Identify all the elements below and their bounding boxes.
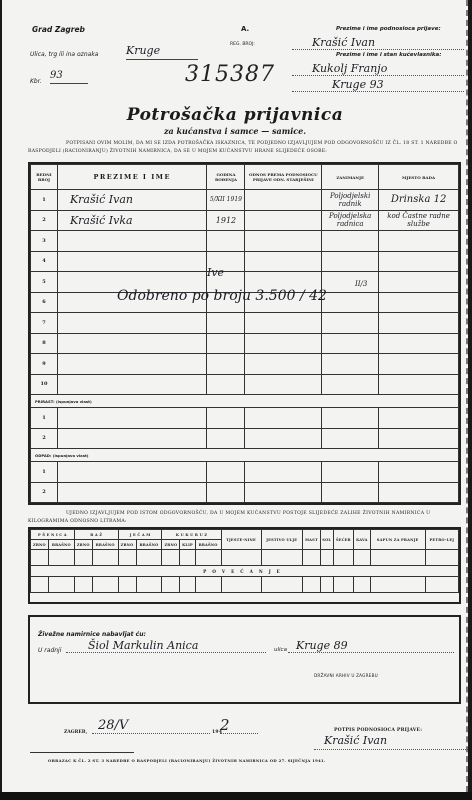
- relation-cell[interactable]: [245, 482, 322, 503]
- workplace-cell[interactable]: kod Častne radne službe: [379, 210, 459, 231]
- stock-cell[interactable]: [136, 577, 162, 593]
- group-barley: J E Č A M: [118, 530, 162, 540]
- year-cell[interactable]: [207, 408, 245, 429]
- table-row: 1 Krašić Ivan 5/XII 1919 Poljodjelski ra…: [31, 190, 459, 211]
- occupation-cell[interactable]: [322, 333, 379, 354]
- table-row: 3: [31, 231, 459, 252]
- table-row: 1: [31, 408, 459, 429]
- scan-border: [0, 792, 472, 800]
- stock-cell[interactable]: [180, 577, 195, 593]
- workplace-cell[interactable]: [379, 462, 459, 483]
- year-cell[interactable]: [207, 374, 245, 395]
- occupation-cell[interactable]: [322, 482, 379, 503]
- row-number: 9: [31, 354, 58, 375]
- year-cell[interactable]: [207, 354, 245, 375]
- table-row: 10: [31, 374, 459, 395]
- stock-cell[interactable]: [320, 577, 333, 593]
- table-row: 9: [31, 354, 459, 375]
- year-cell[interactable]: [207, 462, 245, 483]
- table-header-row: REDNI BROJ PREZIME I IME GODINA ROĐENJA …: [31, 165, 459, 190]
- sub-grain: ZRNO: [162, 540, 180, 550]
- col-header-no: REDNI BROJ: [31, 165, 58, 190]
- relation-cell[interactable]: [245, 408, 322, 429]
- landlord-address-field[interactable]: Kruge 93: [292, 78, 464, 92]
- relation-cell[interactable]: [245, 210, 322, 231]
- name-cell[interactable]: [57, 374, 207, 395]
- col-header-relation: ODNOS PREMA PODNOSIOCU PRIJAVE ODN. STAR…: [245, 165, 322, 190]
- row-number: 10: [31, 374, 58, 395]
- applicant-label: Prezime i ime podnosioca prijave:: [336, 26, 441, 32]
- applicant-field[interactable]: Krašić Ivan: [292, 36, 464, 50]
- name-cell[interactable]: [57, 251, 207, 272]
- name-cell[interactable]: [57, 313, 207, 334]
- shop-label: U radnji: [38, 647, 61, 654]
- stock-cell[interactable]: [425, 550, 458, 566]
- relation-cell[interactable]: [245, 374, 322, 395]
- form-reference-note: OBRAZAC K ČL. 2 ST. 3 NAREDBE O RASPODJE…: [48, 758, 326, 763]
- decrease-section-row: ODPAD: (ispunjava vlast): [31, 449, 459, 462]
- stock-cell[interactable]: [48, 577, 74, 593]
- sub-flour: BRAŠNO: [195, 540, 221, 550]
- name-cell[interactable]: [57, 482, 207, 503]
- stock-cell[interactable]: [261, 577, 302, 593]
- workplace-cell[interactable]: [379, 292, 459, 313]
- stock-cell[interactable]: [425, 577, 458, 593]
- year-cell[interactable]: [207, 231, 245, 252]
- workplace-cell[interactable]: [379, 272, 459, 293]
- table-row: 1: [31, 462, 459, 483]
- col-oil: JESTIVO ULJE: [261, 530, 302, 550]
- row-number: 3: [31, 231, 58, 252]
- row-number: 4: [31, 251, 58, 272]
- stock-table: P Š E N I C A R A Ž J E Č A M K U K U R …: [28, 527, 461, 604]
- workplace-cell[interactable]: [379, 408, 459, 429]
- landlord-name-field[interactable]: Kukolj Franjo: [292, 62, 464, 76]
- row-number: 1: [31, 462, 58, 483]
- workplace-cell[interactable]: [379, 428, 459, 449]
- name-cell[interactable]: [57, 428, 207, 449]
- signature-field[interactable]: Krašić Ivan: [314, 734, 468, 750]
- stock-cell[interactable]: [162, 550, 180, 566]
- year-field[interactable]: 2: [220, 716, 258, 734]
- supply-label: Živežne namirnice nabavljat ću:: [38, 631, 146, 638]
- occupation-cell[interactable]: [322, 428, 379, 449]
- row-number: 2: [31, 428, 58, 449]
- registration-number: 315387: [185, 62, 275, 87]
- stock-cell[interactable]: [180, 550, 195, 566]
- col-header-workplace: MJESTO RADA: [379, 165, 459, 190]
- table-row: 4: [31, 251, 459, 272]
- shop-street-label: ulica: [274, 647, 287, 653]
- table-row: 2 Krašić Ivka 1912 Poljodjelska radnica …: [31, 210, 459, 231]
- relation-cell[interactable]: [245, 313, 322, 334]
- row-number: 1: [31, 190, 58, 211]
- workplace-cell[interactable]: [379, 374, 459, 395]
- sub-grain: ZRNO: [31, 540, 49, 550]
- shop-field[interactable]: Šiol Markulin Anica: [66, 639, 266, 653]
- stock-cell[interactable]: [162, 577, 180, 593]
- stock-cell[interactable]: [31, 550, 49, 566]
- row-number: 7: [31, 313, 58, 334]
- name-cell[interactable]: [57, 462, 207, 483]
- declaration-text: POTPISANI OVIM MOLIM, DA MI SE IZDA POTR…: [28, 140, 458, 156]
- col-coffee: KAVA: [354, 530, 370, 550]
- name-cell[interactable]: Krašić Ivka: [57, 210, 207, 231]
- stock-cell[interactable]: [221, 577, 261, 593]
- relation-cell[interactable]: [245, 231, 322, 252]
- col-header-name: PREZIME I IME: [57, 165, 207, 190]
- sub-flour: BRAŠNO: [48, 540, 74, 550]
- supply-box: Živežne namirnice nabavljat ću: U radnji…: [28, 615, 461, 704]
- workplace-cell[interactable]: Drinska 12: [379, 190, 459, 211]
- stock-cell[interactable]: [195, 577, 221, 593]
- year-cell[interactable]: [207, 333, 245, 354]
- row-number: 1: [31, 408, 58, 429]
- workplace-cell[interactable]: [379, 333, 459, 354]
- group-wheat: P Š E N I C A: [31, 530, 75, 540]
- stock-cell[interactable]: [221, 550, 261, 566]
- street-field[interactable]: Kruge: [126, 44, 198, 60]
- name-cell[interactable]: Krašić Ivan: [57, 190, 207, 211]
- increase-section-row: PRIRAST: (ispunjava vlast): [31, 395, 459, 408]
- stock-cell[interactable]: [370, 550, 425, 566]
- approval-mark: Ive: [207, 266, 224, 279]
- year-cell[interactable]: 1912: [207, 210, 245, 231]
- stock-cell[interactable]: [195, 550, 221, 566]
- relation-cell[interactable]: [245, 428, 322, 449]
- sub-grain: ZRNO: [74, 540, 92, 550]
- signature-label: POTPIS PODNOSIOCA PRIJAVE:: [334, 728, 422, 733]
- shop-street-field[interactable]: Kruge 89: [288, 639, 454, 653]
- stock-cell[interactable]: [118, 550, 136, 566]
- relation-cell[interactable]: [245, 354, 322, 375]
- stock-cell[interactable]: [74, 550, 92, 566]
- footer-divider: [30, 752, 134, 753]
- workplace-cell[interactable]: [379, 231, 459, 252]
- form-title: Potrošačka prijavnica: [2, 105, 468, 125]
- stock-cell[interactable]: [333, 550, 354, 566]
- sub-flour: BRAŠNO: [136, 540, 162, 550]
- group-rye: R A Ž: [74, 530, 118, 540]
- stock-group-header-row: P Š E N I C A R A Ž J E Č A M K U K U R …: [31, 530, 459, 540]
- workplace-cell[interactable]: [379, 251, 459, 272]
- year-cell[interactable]: [207, 313, 245, 334]
- stock-cell[interactable]: [302, 550, 320, 566]
- approval-fraction: II/3: [355, 280, 367, 288]
- col-pasta: TJESTE-NINE: [221, 530, 261, 550]
- row-number: 8: [31, 333, 58, 354]
- sub-cob: KLIP: [180, 540, 195, 550]
- form-subtitle: za kućanstva i samce — samice.: [2, 126, 468, 136]
- occupation-cell[interactable]: [322, 313, 379, 334]
- occupation-cell[interactable]: [322, 292, 379, 313]
- occupation-cell[interactable]: Poljodjelska radnica: [322, 210, 379, 231]
- place-label: ZAGREB,: [64, 730, 87, 735]
- form-letter: A.: [241, 25, 249, 33]
- relation-cell[interactable]: [245, 333, 322, 354]
- increase-label: POVEĆANJE: [31, 566, 459, 577]
- stock-cell[interactable]: [333, 577, 354, 593]
- col-header-year: GODINA ROĐENJA: [207, 165, 245, 190]
- occupation-cell[interactable]: [322, 408, 379, 429]
- year-cell[interactable]: 5/XII 1919: [207, 190, 245, 211]
- house-number-label: Kbr.: [30, 78, 42, 85]
- table-row: 2: [31, 482, 459, 503]
- increase-values-row: [31, 577, 459, 593]
- col-header-occupation: ZANIMANJE: [322, 165, 379, 190]
- year-cell[interactable]: [207, 482, 245, 503]
- stock-cell[interactable]: [261, 550, 302, 566]
- row-number: 2: [31, 210, 58, 231]
- occupation-cell[interactable]: [322, 354, 379, 375]
- stock-cell[interactable]: [31, 577, 49, 593]
- row-number: 2: [31, 482, 58, 503]
- increase-label: PRIRAST: (ispunjava vlast): [31, 395, 459, 408]
- relation-cell[interactable]: [245, 251, 322, 272]
- stock-cell[interactable]: [302, 577, 320, 593]
- table-row: 8: [31, 333, 459, 354]
- occupation-cell[interactable]: [322, 272, 379, 293]
- col-lard: MAST: [302, 530, 320, 550]
- stock-cell[interactable]: [74, 577, 92, 593]
- ration-registration-form: Grad Zagreb A. REG. BROJ: Ulica, trg ili…: [2, 0, 468, 792]
- stock-cell[interactable]: [354, 550, 370, 566]
- col-sugar: ŠEĆER: [333, 530, 354, 550]
- workplace-cell[interactable]: [379, 482, 459, 503]
- table-row: 7: [31, 313, 459, 334]
- house-number-field[interactable]: 93: [50, 70, 88, 84]
- year-cell[interactable]: [207, 428, 245, 449]
- stock-values-row: [31, 550, 459, 566]
- sub-flour: BRAŠNO: [92, 540, 118, 550]
- name-cell[interactable]: [57, 408, 207, 429]
- stock-cell[interactable]: [136, 550, 162, 566]
- table-row: 2: [31, 428, 459, 449]
- occupation-cell[interactable]: [322, 251, 379, 272]
- row-number: 6: [31, 292, 58, 313]
- archive-stamp: DRŽAVNI ARHIV U ZAGREBU: [314, 673, 378, 678]
- stock-cell[interactable]: [48, 550, 74, 566]
- workplace-cell[interactable]: [379, 354, 459, 375]
- name-cell[interactable]: [57, 231, 207, 252]
- street-label: Ulica, trg ili ina oznaka: [30, 51, 98, 58]
- approval-note: Odobreno po broju 3.500 / 42: [117, 288, 327, 304]
- row-number: 5: [31, 272, 58, 293]
- occupation-cell[interactable]: Poljodjelski radnik: [322, 190, 379, 211]
- city-label: Grad Zagreb: [32, 25, 85, 34]
- stock-cell[interactable]: [354, 577, 370, 593]
- stock-cell[interactable]: [118, 577, 136, 593]
- name-cell[interactable]: [57, 333, 207, 354]
- stock-cell[interactable]: [320, 550, 333, 566]
- date-field[interactable]: 28/V: [92, 718, 210, 734]
- relation-cell[interactable]: [245, 190, 322, 211]
- reg-number-label: REG. BROJ:: [230, 42, 255, 47]
- occupation-cell[interactable]: [322, 374, 379, 395]
- landlord-label: Prezime i ime i stan kućevlasnika:: [336, 52, 441, 58]
- sub-grain: ZRNO: [118, 540, 136, 550]
- group-corn: K U K U R U Z: [162, 530, 221, 540]
- occupation-cell[interactable]: [322, 462, 379, 483]
- relation-cell[interactable]: [245, 462, 322, 483]
- name-cell[interactable]: [57, 354, 207, 375]
- household-table: REDNI BROJ PREZIME I IME GODINA ROĐENJA …: [28, 162, 461, 505]
- col-soap: SAPUN ZA PRANJE: [370, 530, 425, 550]
- decrease-label: ODPAD: (ispunjava vlast): [31, 449, 459, 462]
- stock-cell[interactable]: [92, 550, 118, 566]
- stock-declaration-text: UJEDNO IZJAVLJUJEM POD ISTOM ODGOVORNOŠĆ…: [28, 510, 458, 526]
- occupation-cell[interactable]: [322, 231, 379, 252]
- workplace-cell[interactable]: [379, 313, 459, 334]
- col-salt: SOL: [320, 530, 333, 550]
- stock-cell[interactable]: [92, 577, 118, 593]
- stock-cell[interactable]: [370, 577, 425, 593]
- col-petroleum: PETRO-LEJ: [425, 530, 458, 550]
- increase-row: POVEĆANJE: [31, 566, 459, 577]
